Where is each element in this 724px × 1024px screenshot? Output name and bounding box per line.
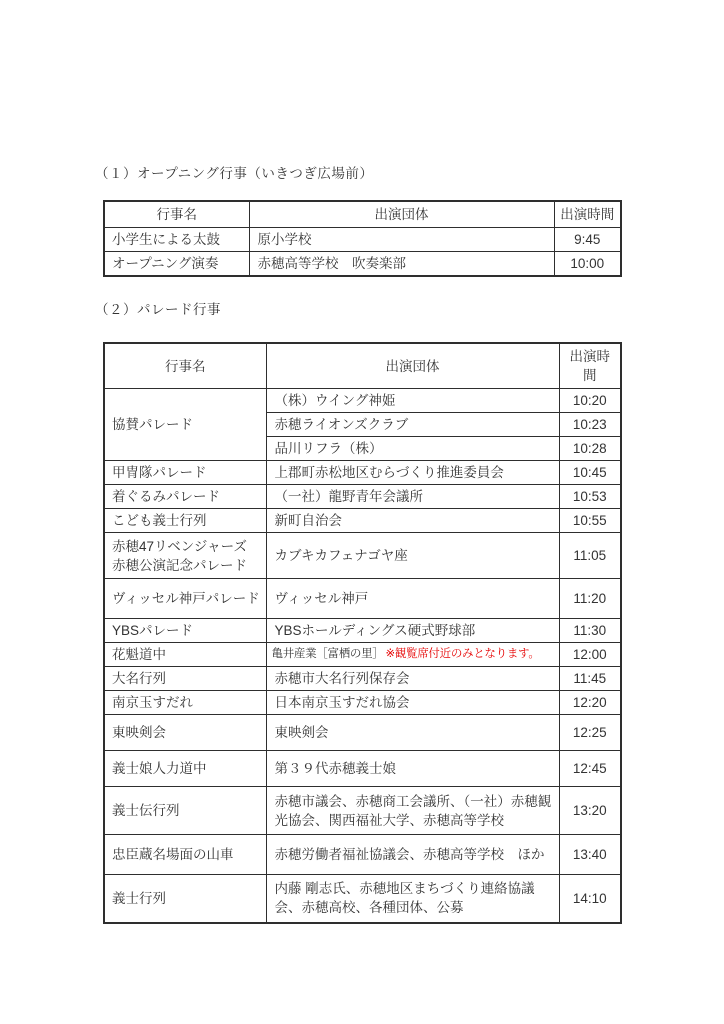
performer-cell: （一社）龍野青年会議所: [266, 485, 559, 509]
performer-text: 品川リフラ（株）: [275, 441, 383, 456]
performer-text: ヴィッセル神戸: [275, 591, 369, 606]
event-name-cell: 協賛パレード: [104, 389, 266, 461]
performer-text: 内藤 剛志氏、赤穂地区まちづくり連絡協議会、赤穂高校、各種団体、公募: [275, 881, 535, 915]
col-header-performer: 出演団体: [249, 201, 554, 228]
table-row: 東映剣会東映剣会12:25: [104, 715, 621, 751]
table-row: 忠臣蔵名場面の山車赤穂労働者福祉協議会、赤穂高等学校 ほか13:40: [104, 835, 621, 875]
performer-text: 赤穂高等学校 吹奏楽部: [258, 256, 407, 271]
time-cell: 10:45: [559, 461, 621, 485]
performer-cell: 赤穂ライオンズクラブ: [266, 413, 559, 437]
time-cell: 14:10: [559, 875, 621, 923]
performer-cell: 赤穂労働者福祉協議会、赤穂高等学校 ほか: [266, 835, 559, 875]
table-row: 義士伝行列赤穂市議会、赤穂商工会議所、（一社）赤穂観光協会、関西福祉大学、赤穂高…: [104, 787, 621, 835]
col-header-performer: 出演団体: [266, 343, 559, 389]
performer-cell: 原小学校: [249, 228, 554, 252]
time-cell: 10:55: [559, 509, 621, 533]
event-name-cell: 東映剣会: [104, 715, 266, 751]
performer-cell: 亀井産業［富栖の里］※観覧席付近のみとなります。: [266, 643, 559, 667]
performer-cell: 品川リフラ（株）: [266, 437, 559, 461]
performer-text: カブキカフェナゴヤ座: [275, 548, 408, 563]
event-name-cell: オープニング演奏: [104, 252, 249, 277]
performer-cell: （株）ウイング神姫: [266, 389, 559, 413]
performer-text: 上郡町赤松地区むらづくり推進委員会: [275, 465, 504, 480]
time-cell: 11:05: [559, 533, 621, 579]
time-cell: 13:20: [559, 787, 621, 835]
time-cell: 10:28: [559, 437, 621, 461]
table-row: 甲冑隊パレード上郡町赤松地区むらづくり推進委員会10:45: [104, 461, 621, 485]
event-name-cell: 義士娘人力道中: [104, 751, 266, 787]
table-row: 義士娘人力道中第３９代赤穂義士娘12:45: [104, 751, 621, 787]
table-row: 小学生による太鼓原小学校9:45: [104, 228, 621, 252]
event-name-cell: 花魁道中: [104, 643, 266, 667]
section-title-parade: （２）パレード行事: [95, 298, 221, 318]
table-row: 赤穂47リベンジャーズ 赤穂公演記念パレードカブキカフェナゴヤ座11:05: [104, 533, 621, 579]
time-cell: 12:20: [559, 691, 621, 715]
event-name-cell: 着ぐるみパレード: [104, 485, 266, 509]
time-cell: 11:20: [559, 579, 621, 619]
event-name-cell: YBSパレード: [104, 619, 266, 643]
performer-cell: 赤穂高等学校 吹奏楽部: [249, 252, 554, 277]
performer-text: 赤穂市大名行列保存会: [275, 671, 410, 686]
col-header-time: 出演時間: [559, 343, 621, 389]
performer-cell: 赤穂市議会、赤穂商工会議所、（一社）赤穂観光協会、関西福祉大学、赤穂高等学校: [266, 787, 559, 835]
event-name-cell: 南京玉すだれ: [104, 691, 266, 715]
event-name-cell: 義士伝行列: [104, 787, 266, 835]
time-cell: 10:23: [559, 413, 621, 437]
opening-table-body: 小学生による太鼓原小学校9:45オープニング演奏赤穂高等学校 吹奏楽部10:00: [104, 228, 621, 277]
event-name-cell: 義士行列: [104, 875, 266, 923]
time-cell: 10:00: [554, 252, 621, 277]
event-name-cell: 忠臣蔵名場面の山車: [104, 835, 266, 875]
parade-table-body: 協賛パレード（株）ウイング神姫10:20赤穂ライオンズクラブ10:23品川リフラ…: [104, 389, 621, 923]
time-cell: 12:00: [559, 643, 621, 667]
table-row: YBSパレードYBSホールディングス硬式野球部11:30: [104, 619, 621, 643]
table-row: 着ぐるみパレード（一社）龍野青年会議所10:53: [104, 485, 621, 509]
time-cell: 11:30: [559, 619, 621, 643]
performer-cell: 赤穂市大名行列保存会: [266, 667, 559, 691]
table-header-row: 行事名 出演団体 出演時間: [104, 343, 621, 389]
table-row: オープニング演奏赤穂高等学校 吹奏楽部10:00: [104, 252, 621, 277]
section-title-opening: （１）オープニング行事（いきつぎ広場前）: [95, 162, 373, 182]
time-cell: 13:40: [559, 835, 621, 875]
performer-text: 原小学校: [258, 232, 312, 247]
performer-cell: ヴィッセル神戸: [266, 579, 559, 619]
table-row: 南京玉すだれ日本南京玉すだれ協会12:20: [104, 691, 621, 715]
table-row: 大名行列赤穂市大名行列保存会11:45: [104, 667, 621, 691]
parade-events-table: 行事名 出演団体 出演時間 協賛パレード（株）ウイング神姫10:20赤穂ライオン…: [103, 342, 622, 924]
performer-text: 東映剣会: [275, 725, 329, 740]
performer-text: 亀井産業［富栖の里］: [272, 648, 384, 660]
performer-text: 赤穂ライオンズクラブ: [275, 417, 409, 432]
document-page: （１）オープニング行事（いきつぎ広場前） 行事名 出演団体 出演時間 小学生によ…: [0, 0, 724, 1024]
col-header-event-name: 行事名: [104, 343, 266, 389]
time-cell: 11:45: [559, 667, 621, 691]
table-header-row: 行事名 出演団体 出演時間: [104, 201, 621, 228]
performer-text: （一社）龍野青年会議所: [275, 489, 424, 504]
performer-cell: 内藤 剛志氏、赤穂地区まちづくり連絡協議会、赤穂高校、各種団体、公募: [266, 875, 559, 923]
table-row: 花魁道中亀井産業［富栖の里］※観覧席付近のみとなります。12:00: [104, 643, 621, 667]
restriction-note: ※観覧席付近のみとなります。: [386, 648, 540, 660]
performer-text: 新町自治会: [275, 513, 343, 528]
performer-cell: 第３９代赤穂義士娘: [266, 751, 559, 787]
table-row: こども義士行列新町自治会10:55: [104, 509, 621, 533]
performer-cell: 上郡町赤松地区むらづくり推進委員会: [266, 461, 559, 485]
performer-cell: 日本南京玉すだれ協会: [266, 691, 559, 715]
opening-events-table: 行事名 出演団体 出演時間 小学生による太鼓原小学校9:45オープニング演奏赤穂…: [103, 200, 622, 277]
performer-text: 赤穂労働者福祉協議会、赤穂高等学校 ほか: [275, 847, 545, 862]
performer-cell: 新町自治会: [266, 509, 559, 533]
event-name-cell: 赤穂47リベンジャーズ 赤穂公演記念パレード: [104, 533, 266, 579]
performer-text: YBSホールディングス硬式野球部: [275, 623, 476, 638]
time-cell: 10:20: [559, 389, 621, 413]
time-cell: 9:45: [554, 228, 621, 252]
table-row: 義士行列内藤 剛志氏、赤穂地区まちづくり連絡協議会、赤穂高校、各種団体、公募14…: [104, 875, 621, 923]
col-header-event-name: 行事名: [104, 201, 249, 228]
performer-text: 赤穂市議会、赤穂商工会議所、（一社）赤穂観光協会、関西福祉大学、赤穂高等学校: [275, 794, 552, 828]
performer-text: 第３９代赤穂義士娘: [275, 761, 397, 776]
time-cell: 12:45: [559, 751, 621, 787]
event-name-cell: 大名行列: [104, 667, 266, 691]
performer-text: 日本南京玉すだれ協会: [275, 695, 410, 710]
table-row: 協賛パレード（株）ウイング神姫10:20: [104, 389, 621, 413]
col-header-time: 出演時間: [554, 201, 621, 228]
event-name-cell: 小学生による太鼓: [104, 228, 249, 252]
time-cell: 10:53: [559, 485, 621, 509]
performer-text: （株）ウイング神姫: [275, 393, 396, 408]
performer-cell: YBSホールディングス硬式野球部: [266, 619, 559, 643]
event-name-cell: ヴィッセル神戸パレード: [104, 579, 266, 619]
event-name-cell: こども義士行列: [104, 509, 266, 533]
event-name-cell: 甲冑隊パレード: [104, 461, 266, 485]
performer-cell: カブキカフェナゴヤ座: [266, 533, 559, 579]
time-cell: 12:25: [559, 715, 621, 751]
performer-cell: 東映剣会: [266, 715, 559, 751]
table-row: ヴィッセル神戸パレードヴィッセル神戸11:20: [104, 579, 621, 619]
